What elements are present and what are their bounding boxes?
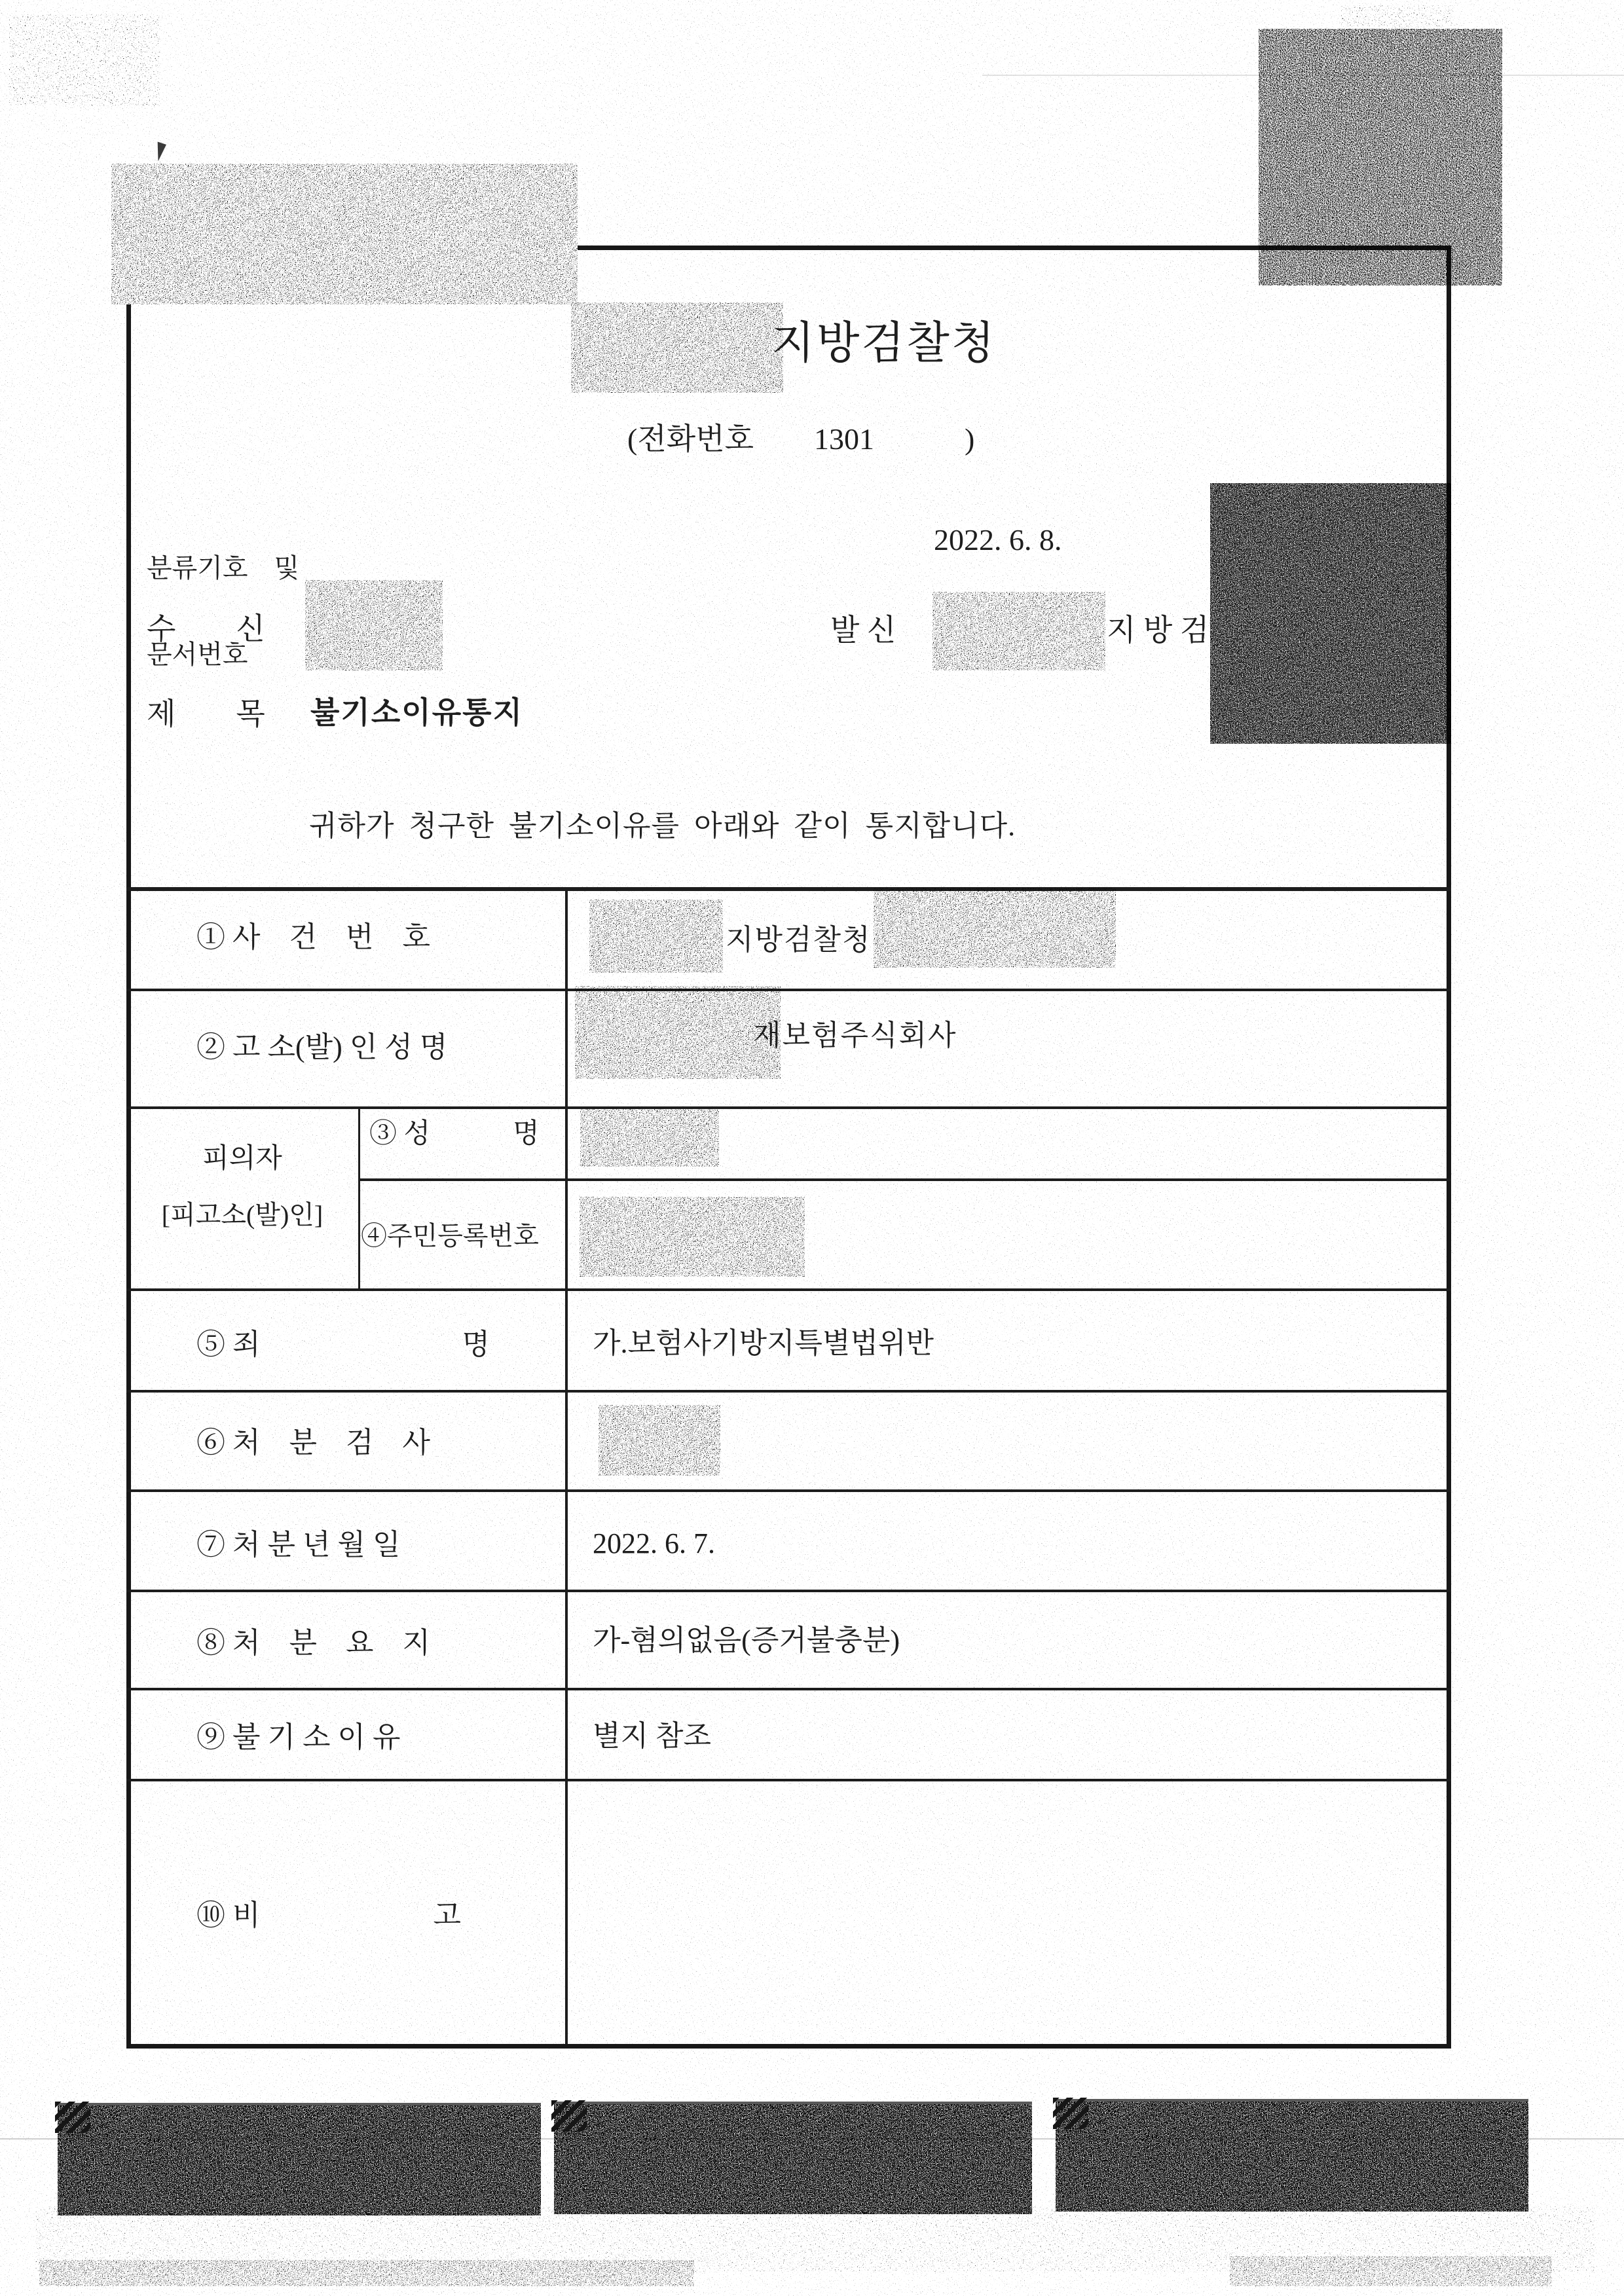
row5-label: ⑤ 죄 명 (196, 1329, 490, 1360)
doc-number-label: 분류기호 및 문서번호 (147, 498, 299, 725)
row3-label: ③ 성 명 (369, 1120, 540, 1149)
redaction-blob-top-left (111, 164, 578, 304)
scanned-document-page: 지방검찰청 (전화번호 1301 ) 분류기호 및 문서번호 2022. 6. … (0, 0, 1624, 2296)
row8-label: ⑧ 처 분 요 지 (196, 1628, 430, 1659)
row6-label: ⑥ 처 분 검 사 (196, 1427, 430, 1459)
row9-label: ⑨ 불 기 소 이 유 (196, 1722, 401, 1753)
illegible-footer-print-left (39, 2260, 694, 2286)
suspect-group-label-line2: [피고소(발)인] (126, 1201, 358, 1229)
redaction-blob-recipient (305, 580, 443, 670)
document-date: 2022. 6. 8. (934, 524, 1062, 556)
subject-label: 제 목 (147, 698, 265, 731)
barcode-redaction-block-2 (554, 2102, 1032, 2214)
table-line (126, 887, 1451, 891)
table-vline-sub (358, 1106, 360, 1291)
redaction-blob-case-number-1 (589, 900, 723, 973)
redaction-blob-office-name (571, 302, 783, 393)
office-title: 지방검찰청 (771, 319, 996, 367)
sender-value-partial: 지 방 검 (1107, 614, 1209, 647)
table-line (126, 1779, 1451, 1781)
table-line (126, 1390, 1451, 1393)
illegible-footer-print-right (1230, 2256, 1552, 2286)
barcode-redaction-block-1 (58, 2103, 541, 2215)
phone-line: (전화번호 1301 ) (627, 423, 974, 456)
row4-label: ④주민등록번호 (361, 1222, 539, 1250)
redaction-blob-sender (932, 592, 1105, 670)
redaction-blob-complainant (575, 986, 781, 1079)
table-vline-main (565, 887, 568, 2044)
row2-label: ② 고 소(발) 인 성 명 (196, 1032, 447, 1063)
row1-label: ① 사 건 번 호 (196, 922, 430, 953)
table-line (126, 1590, 1451, 1592)
stamp-redaction-sender (1210, 483, 1451, 744)
redaction-blob-suspect-name (580, 1109, 719, 1167)
row9-value: 별지 참조 (593, 1721, 711, 1752)
corner-smudge-noise (9, 14, 160, 106)
row7-value: 2022. 6. 7. (593, 1528, 715, 1559)
doc-number-label-line1: 분류기호 및 (147, 554, 299, 582)
table-line (358, 1178, 1451, 1181)
row5-value: 가.보험사기방지특별법위반 (593, 1328, 934, 1359)
suspect-group-label-line1: 피의자 (126, 1144, 358, 1174)
row10-label: ⑩ 비 고 (196, 1900, 461, 1931)
row7-label: ⑦ 처 분 년 월 일 (196, 1529, 401, 1561)
stamp-redaction-top-right (1259, 29, 1502, 285)
corner-stripe-mark (1053, 2098, 1088, 2129)
redaction-blob-case-number-2 (874, 888, 1116, 968)
table-line (126, 1489, 1451, 1492)
table-line (126, 989, 1451, 991)
corner-stripe-mark (551, 2100, 587, 2132)
redaction-blob-resident-number (580, 1197, 805, 1277)
table-line (126, 1106, 1451, 1109)
table-line (126, 1288, 1451, 1291)
illegible-corner-print-noise (1341, 5, 1452, 27)
recipient-label: 수 신 (147, 613, 265, 646)
sender-label: 발 신 (830, 614, 896, 647)
subject-value: 불기소이유통지 (310, 697, 523, 729)
barcode-redaction-block-3 (1056, 2099, 1528, 2212)
row1-value-partial: 지방검찰청 (726, 924, 872, 956)
row2-value-partial: 재보험주식회사 (753, 1020, 957, 1051)
row8-value: 가-혐의없음(증거불충분) (593, 1625, 900, 1656)
notice-sentence: 귀하가 청구한 불기소이유를 아래와 같이 통지합니다. (309, 811, 1016, 842)
table-line (126, 1688, 1451, 1690)
redaction-blob-prosecutor (599, 1405, 720, 1476)
corner-stripe-mark (55, 2102, 90, 2133)
